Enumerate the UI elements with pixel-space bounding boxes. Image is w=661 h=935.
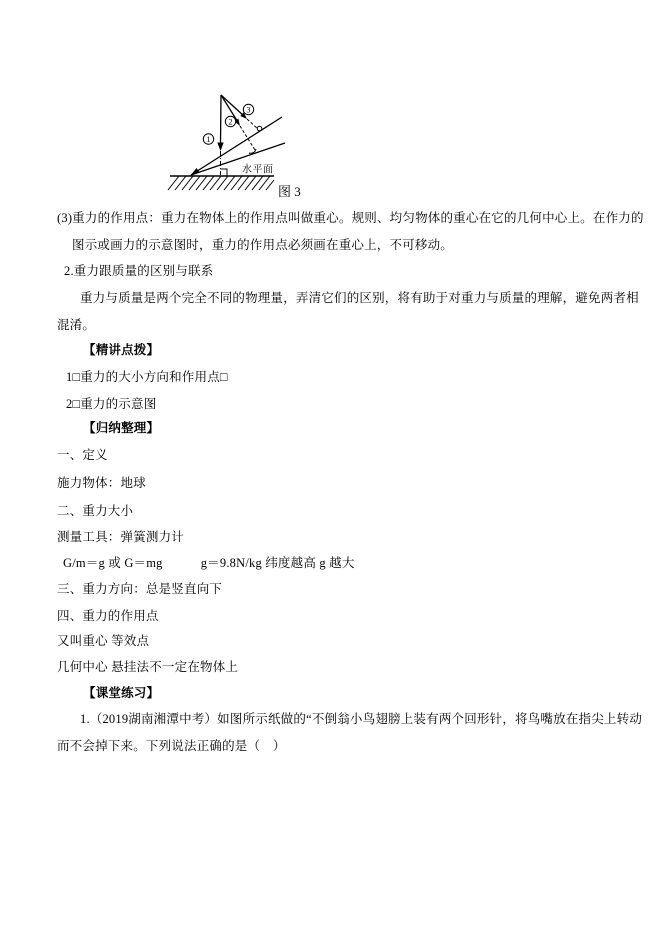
heading-gravity-vs-mass: 2.重力跟质量的区别与联系	[64, 264, 213, 279]
summary-center-of-gravity: 又叫重心 等效点	[57, 634, 149, 649]
summary-magnitude-heading: 二、重力大小	[57, 504, 133, 519]
vector-3-foot-marker	[257, 126, 262, 131]
para-gravity-vs-mass-line1: 重力与质量是两个完全不同的物理量，弄清它们的区别，将有助于对重力与质量的理解，避…	[80, 291, 639, 306]
right-angle-mark	[221, 169, 228, 176]
summary-definition-heading: 一、定义	[57, 448, 108, 463]
para-action-point-line1: (3)重力的作用点：重力在物体上的作用点叫做重心。规则、均匀物体的重心在它的几何…	[57, 211, 644, 226]
summary-formula: G/m＝g 或 G＝mg g＝9.8N/kg 纬度越高 g 越大	[63, 556, 355, 571]
list-item-key-point-2: 2□重力的示意图	[66, 397, 156, 412]
summary-direction: 三、重力方向：总是竖直向下	[57, 582, 222, 597]
para-action-point-line2: 图示或画力的示意图时，重力的作用点必须画在重心上，不可移动。	[72, 238, 453, 253]
summary-force-applier: 施力物体：地球	[57, 476, 146, 491]
heading-class-exercise: 【课堂练习】	[83, 686, 159, 701]
para-gravity-vs-mass-line2: 混淆。	[57, 318, 95, 333]
vector-2-label: 2	[229, 117, 233, 126]
vector-3-label: 3	[247, 105, 251, 114]
document-page: 1 2 3 水平面 图 3 (3)重力的作用点：重力在物体上的作用点叫做重心。规…	[0, 0, 661, 935]
summary-geometric-center: 几何中心 悬挂法不一定在物体上	[57, 660, 238, 675]
horizontal-plane-label: 水平面	[242, 163, 274, 176]
question-1-line2: 而不会掉下来。下列说法正确的是（ ）	[57, 739, 286, 754]
figure-caption: 图 3	[278, 184, 301, 199]
ground-hatching	[168, 176, 274, 190]
summary-action-point-heading: 四、重力的作用点	[57, 609, 159, 624]
figure-3-diagram: 1 2 3 水平面 图 3	[163, 86, 317, 202]
summary-measuring-tool: 测量工具：弹簧测力计	[57, 530, 184, 545]
list-item-key-point-1: 1□重力的大小方向和作用点□	[66, 370, 228, 385]
vector-1-line	[221, 95, 222, 144]
incline-origin-arrowhead	[190, 168, 200, 176]
question-1-line1: 1.（2019湖南湘潭中考）如图所示纸做的“不倒翁小鸟翅膀上装有两个回形针，将鸟…	[80, 712, 642, 727]
vector-2-dashed-extension	[240, 126, 255, 150]
heading-summary: 【归纳整理】	[83, 421, 159, 436]
vector-1-arrowhead	[217, 143, 223, 152]
heading-key-points: 【精讲点拨】	[83, 343, 159, 358]
vector-1-label: 1	[207, 135, 211, 144]
vector-3-dashed-extension	[247, 119, 258, 129]
